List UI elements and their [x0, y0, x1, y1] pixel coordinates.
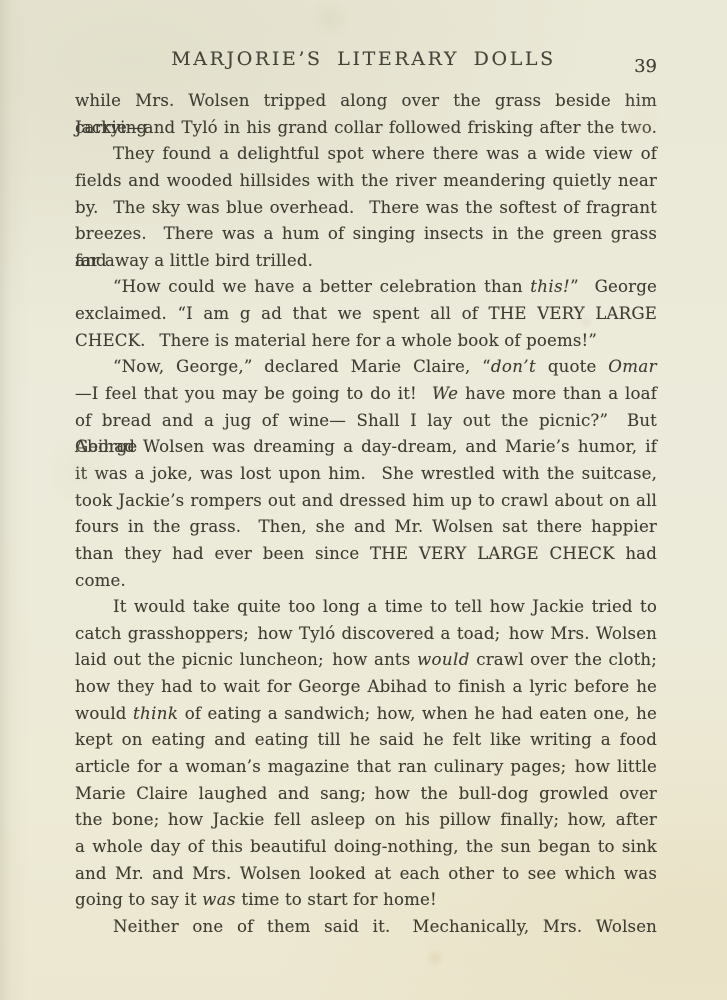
text-line: the bone; how Jackie fell asleep on his … [75, 807, 657, 834]
text-line: breezes. There was a hum of singing inse… [75, 221, 657, 248]
text-line: of bread and a jug of wine— Shall I lay … [75, 408, 657, 435]
text-line: “Now, George,” declared Marie Claire, “d… [75, 354, 657, 381]
text-line: kept on eating and eating till he said h… [75, 727, 657, 754]
text-line: it was a joke, was lost upon him. She wr… [75, 461, 657, 488]
text-line: how they had to wait for George Abihad t… [75, 674, 657, 701]
text-line: far away a little bird trilled. [75, 248, 657, 275]
text-line: catch grasshoppers; how Tyló discovered … [75, 621, 657, 648]
text-line: fours in the grass. Then, she and Mr. Wo… [75, 514, 657, 541]
running-header: MARJORIE’S LITERARY DOLLS [0, 48, 727, 70]
text-line: “How could we have a better celebration … [75, 274, 657, 301]
text-line: a whole day of this beautiful doing-noth… [75, 834, 657, 861]
text-line: than they had ever been since THE VERY L… [75, 541, 657, 568]
text-line: exclaimed. “I am g ad that we spent all … [75, 301, 657, 328]
text-line: CHECK. There is material here for a whol… [75, 328, 657, 355]
text-line: Abihad Wolsen was dreaming a day-dream, … [75, 434, 657, 461]
text-line: by. The sky was blue overhead. There was… [75, 195, 657, 222]
book-page: MARJORIE’S LITERARY DOLLS 39 while Mrs. … [0, 0, 727, 1000]
page-body: while Mrs. Wolsen tripped along over the… [75, 88, 657, 941]
text-line: fields and wooded hillsides with the riv… [75, 168, 657, 195]
text-line: —I feel that you may be going to do it! … [75, 381, 657, 408]
text-line: Marie Claire laughed and sang; how the b… [75, 781, 657, 808]
page-number: 39 [634, 56, 657, 77]
text-line: come. [75, 568, 657, 595]
text-line: laid out the picnic luncheon; how ants w… [75, 647, 657, 674]
text-line: Jackie—and Tyló in his grand collar foll… [75, 115, 657, 142]
text-line: They found a delightful spot where there… [75, 141, 657, 168]
text-line: would think of eating a sandwich; how, w… [75, 701, 657, 728]
text-line: article for a woman’s magazine that ran … [75, 754, 657, 781]
text-line: Neither one of them said it. Mechanicall… [75, 914, 657, 941]
text-line: going to say it was time to start for ho… [75, 887, 657, 914]
text-line: and Mr. and Mrs. Wolsen looked at each o… [75, 861, 657, 888]
text-line: took Jackie’s rompers out and dressed hi… [75, 488, 657, 515]
text-line: It would take quite too long a time to t… [75, 594, 657, 621]
text-line: while Mrs. Wolsen tripped along over the… [75, 88, 657, 115]
